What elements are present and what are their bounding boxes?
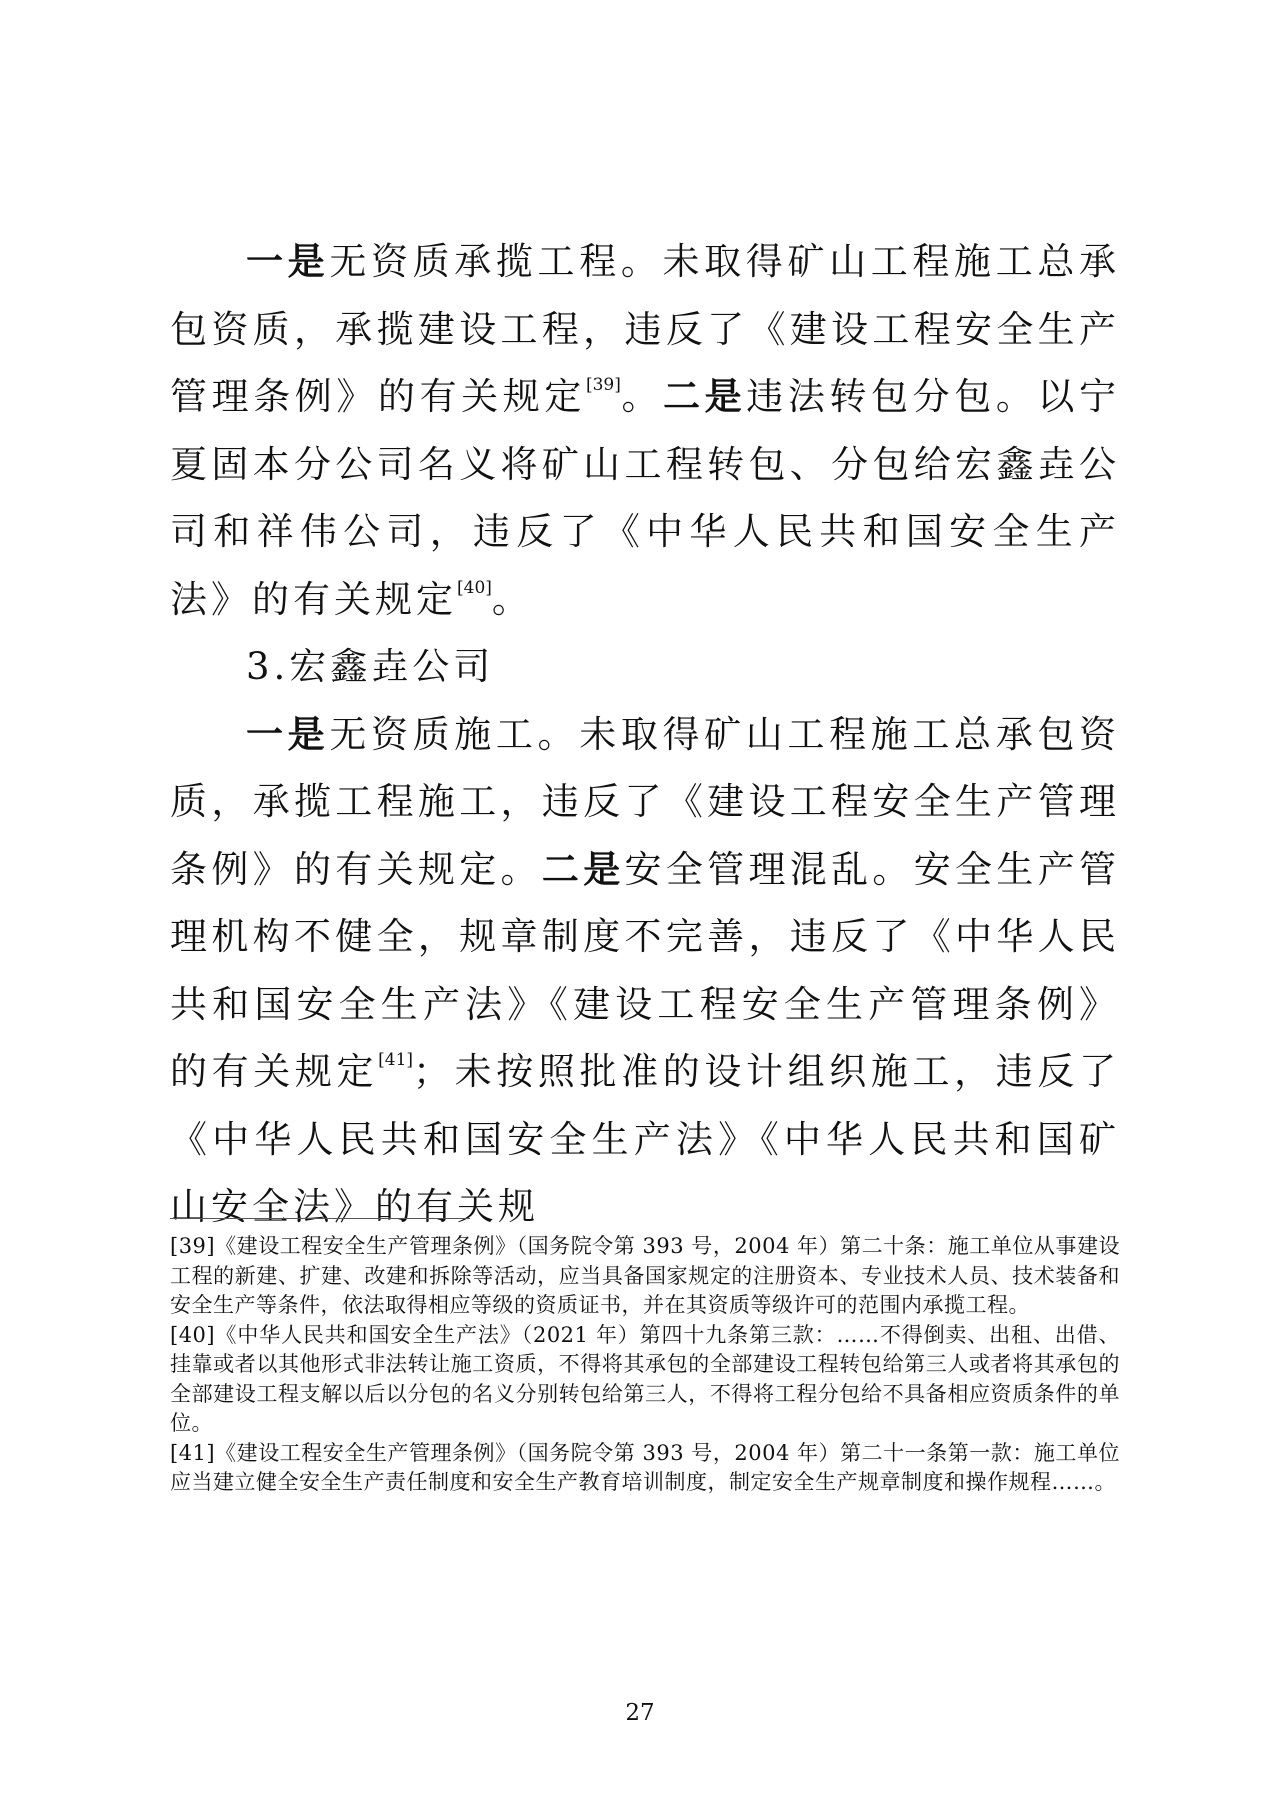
text: 。 (492, 578, 533, 621)
footnote-ref-39[interactable]: [39] (586, 375, 621, 395)
bold-lead-1: 一是 (246, 239, 329, 283)
footnote-ref-40[interactable]: [40] (457, 578, 492, 598)
footnote-39: [39]《建设工程安全生产管理条例》（国务院令第 393 号，2004 年）第二… (170, 1232, 1120, 1321)
page-number: 27 (0, 1700, 1280, 1726)
bold-lead-1: 一是 (246, 712, 329, 756)
footnotes: [39]《建设工程安全生产管理条例》（国务院令第 393 号，2004 年）第二… (170, 1232, 1120, 1498)
paragraph-violations-hongxinyao: 一是无资质施工。未取得矿山工程施工总承包资质，承揽工程施工，违反了《建设工程安全… (170, 701, 1120, 1241)
body-text: 一是无资质承揽工程。未取得矿山工程施工总承包资质，承揽建设工程，违反了《建设工程… (170, 228, 1120, 1241)
footnote-41: [41]《建设工程安全生产管理条例》（国务院令第 393 号，2004 年）第二… (170, 1439, 1120, 1498)
text: 。 (621, 375, 663, 418)
bold-lead-2: 二是 (663, 374, 746, 418)
paragraph-violations-company-2: 一是无资质承揽工程。未取得矿山工程施工总承包资质，承揽建设工程，违反了《建设工程… (170, 228, 1120, 633)
document-page: 一是无资质承揽工程。未取得矿山工程施工总承包资质，承揽建设工程，违反了《建设工程… (0, 0, 1280, 1809)
footnote-divider (170, 1218, 470, 1219)
footnote-ref-41[interactable]: [41] (378, 1050, 413, 1070)
section-heading: 3.宏鑫垚公司 (170, 633, 1120, 701)
bold-lead-2: 二是 (542, 847, 625, 891)
footnote-40: [40]《中华人民共和国安全生产法》（2021 年）第四十九条第三款：……不得倒… (170, 1321, 1120, 1439)
